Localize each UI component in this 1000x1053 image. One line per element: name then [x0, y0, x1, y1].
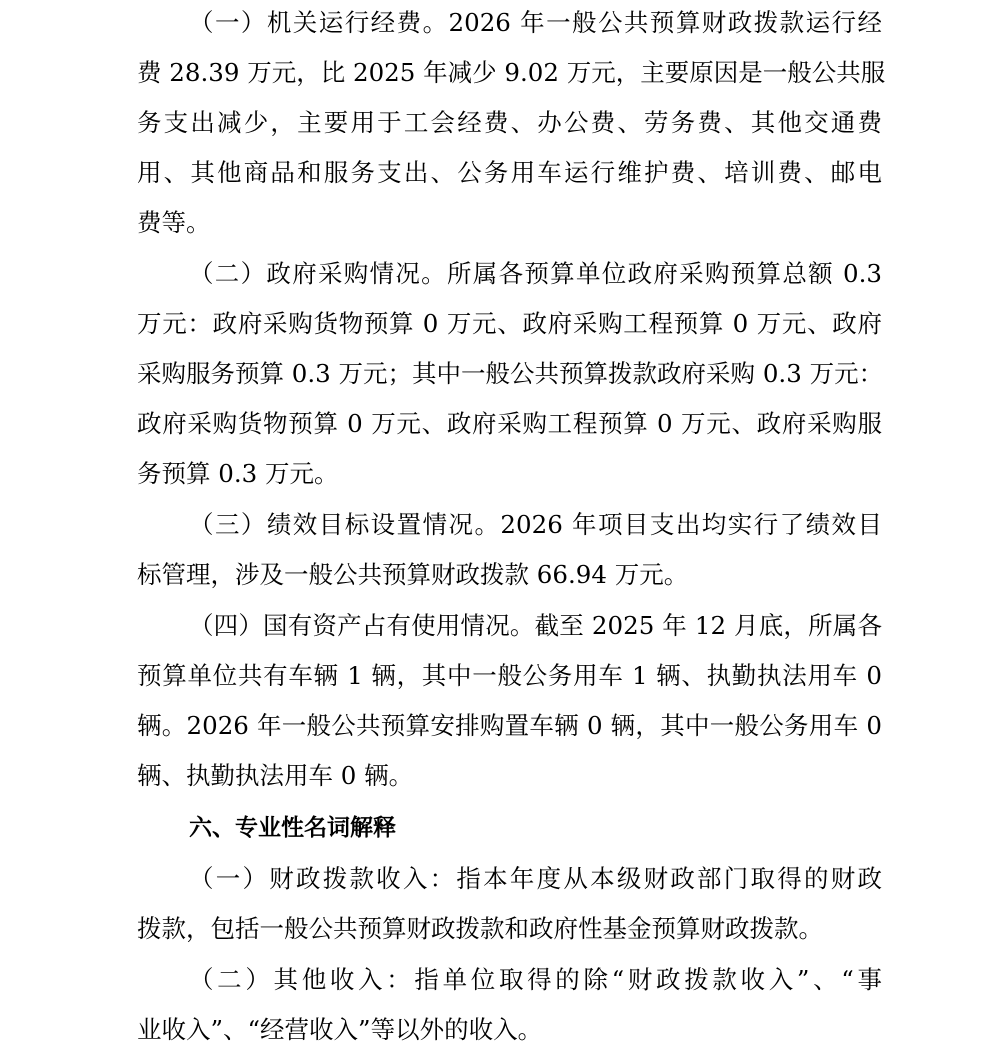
text-line: 业收入”、“经营收入”等以外的收入。	[137, 1010, 882, 1050]
text-line: 务预算 0.3 万元。	[137, 454, 882, 494]
text-line: 务支出减少，主要用于工会经费、办公费、劳务费、其他交通费	[137, 103, 882, 143]
text-line: 政府采购货物预算 0 万元、政府采购工程预算 0 万元、政府采购服	[137, 404, 882, 444]
text-line: （三）绩效目标设置情况。2026 年项目支出均实行了绩效目	[189, 505, 882, 545]
text-line: 预算单位共有车辆 1 辆，其中一般公务用车 1 辆、执勤执法用车 0	[137, 656, 882, 696]
text-line: 万元：政府采购货物预算 0 万元、政府采购工程预算 0 万元、政府	[137, 304, 882, 344]
text-line: 采购服务预算 0.3 万元；其中一般公共预算拨款政府采购 0.3 万元：	[137, 354, 882, 394]
text-line: 费 28.39 万元，比 2025 年减少 9.02 万元，主要原因是一般公共服	[137, 53, 882, 93]
text-line: （一）财政拨款收入：指本年度从本级财政部门取得的财政	[189, 859, 882, 899]
text-line: （四）国有资产占有使用情况。截至 2025 年 12 月底，所属各	[189, 606, 882, 646]
text-line: 辆。2026 年一般公共预算安排购置车辆 0 辆，其中一般公务用车 0	[137, 706, 882, 746]
text-line: 用、其他商品和服务支出、公务用车运行维护费、培训费、邮电	[137, 153, 882, 193]
text-line: （二）其他收入：指单位取得的除“财政拨款收入”、“事	[189, 960, 882, 1000]
text-line: 费等。	[137, 203, 882, 243]
section-heading: 六、专业性名词解释	[189, 808, 882, 848]
text-line: 标管理，涉及一般公共预算财政拨款 66.94 万元。	[137, 555, 882, 595]
text-line: 辆、执勤执法用车 0 辆。	[137, 756, 882, 796]
text-line: （二）政府采购情况。所属各预算单位政府采购预算总额 0.3	[189, 254, 882, 294]
text-line: （一）机关运行经费。2026 年一般公共预算财政拨款运行经	[189, 3, 882, 43]
text-line: 拨款，包括一般公共预算财政拨款和政府性基金预算财政拨款。	[137, 909, 882, 949]
